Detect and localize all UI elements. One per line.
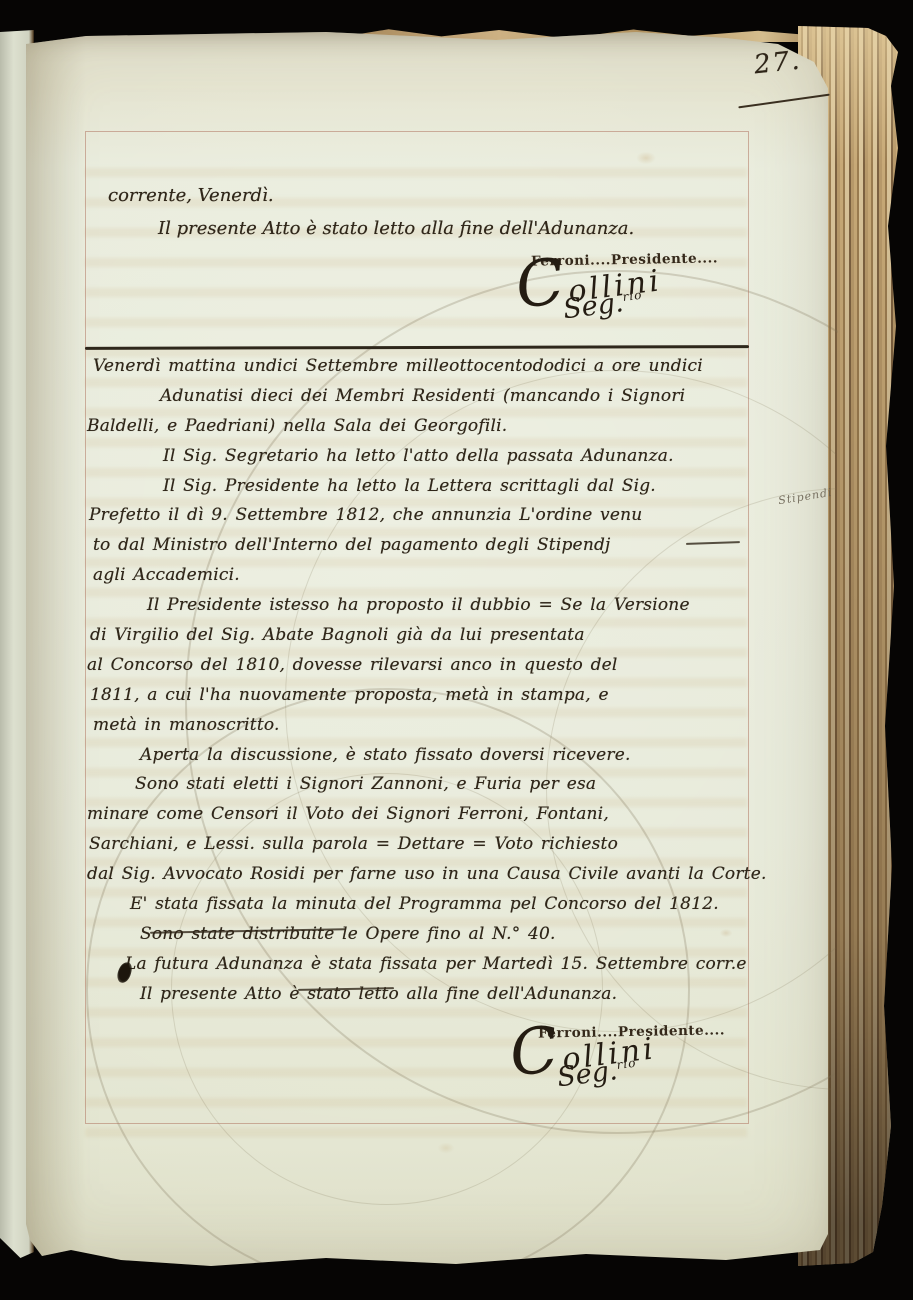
manuscript-line: minare come Censori il Voto dei Signori …	[85, 800, 753, 830]
minutes-text: Venerdì mattina undici Settembre milleot…	[85, 352, 753, 1010]
manuscript-line: Il Sig. Presidente ha letto la Lettera s…	[85, 472, 753, 502]
manuscript-line: Il Sig. Segretario ha letto l'atto della…	[85, 442, 753, 472]
manuscript-line: Baldelli, e Paedriani) nella Sala dei Ge…	[85, 412, 753, 442]
manuscript-line: al Concorso del 1810, dovesse rilevarsi …	[85, 651, 753, 681]
manuscript-line: 1811, a cui l'ha nuovamente proposta, me…	[85, 681, 753, 711]
manuscript-line: Il Presidente istesso ha proposto il dub…	[85, 591, 753, 621]
manuscript-line: Adunatisi dieci dei Membri Residenti (ma…	[85, 382, 753, 412]
manuscript-line: La futura Adunanza è stata fissata per M…	[85, 950, 753, 980]
manuscript-line: to dal Ministro dell'Interno del pagamen…	[85, 531, 753, 561]
signature-title-sup: rio	[616, 1056, 637, 1072]
manuscript-line: Aperta la discussione, è stato fissato d…	[85, 741, 753, 771]
manuscript-line: Venerdì mattina undici Settembre milleot…	[85, 352, 753, 382]
manuscript-line: Prefetto il dì 9. Settembre 1812, che an…	[85, 501, 753, 531]
manuscript-line: metà in manoscritto.	[85, 711, 753, 741]
manuscript-line: agli Accademici.	[85, 561, 753, 591]
page-number: 27.	[753, 46, 803, 81]
manuscript-line: Il presente Atto è stato letto alla fine…	[85, 980, 753, 1010]
manuscript-scan: 27. corrente, Venerdì. Il presente Atto …	[0, 0, 913, 1300]
signature-title-sup: rio	[622, 288, 643, 304]
closing-line-atto-letto: Il presente Atto è stato letto alla fine…	[158, 218, 634, 239]
manuscript-line: di Virgilio del Sig. Abate Bagnoli già d…	[85, 621, 753, 651]
manuscript-line: E' stata fissata la minuta del Programma…	[85, 890, 753, 920]
manuscript-line: Sarchiani, e Lessi. sulla parola = Detta…	[85, 830, 753, 860]
closing-line-corrente: corrente, Venerdì.	[108, 185, 274, 206]
manuscript-line: Sono stati eletti i Signori Zannoni, e F…	[85, 770, 753, 800]
manuscript-page: 27. corrente, Venerdì. Il presente Atto …	[26, 28, 828, 1268]
manuscript-line: dal Sig. Avvocato Rosidi per farne uso i…	[85, 860, 753, 890]
manuscript-line: Sono state distribuite le Opere fino al …	[85, 920, 753, 950]
